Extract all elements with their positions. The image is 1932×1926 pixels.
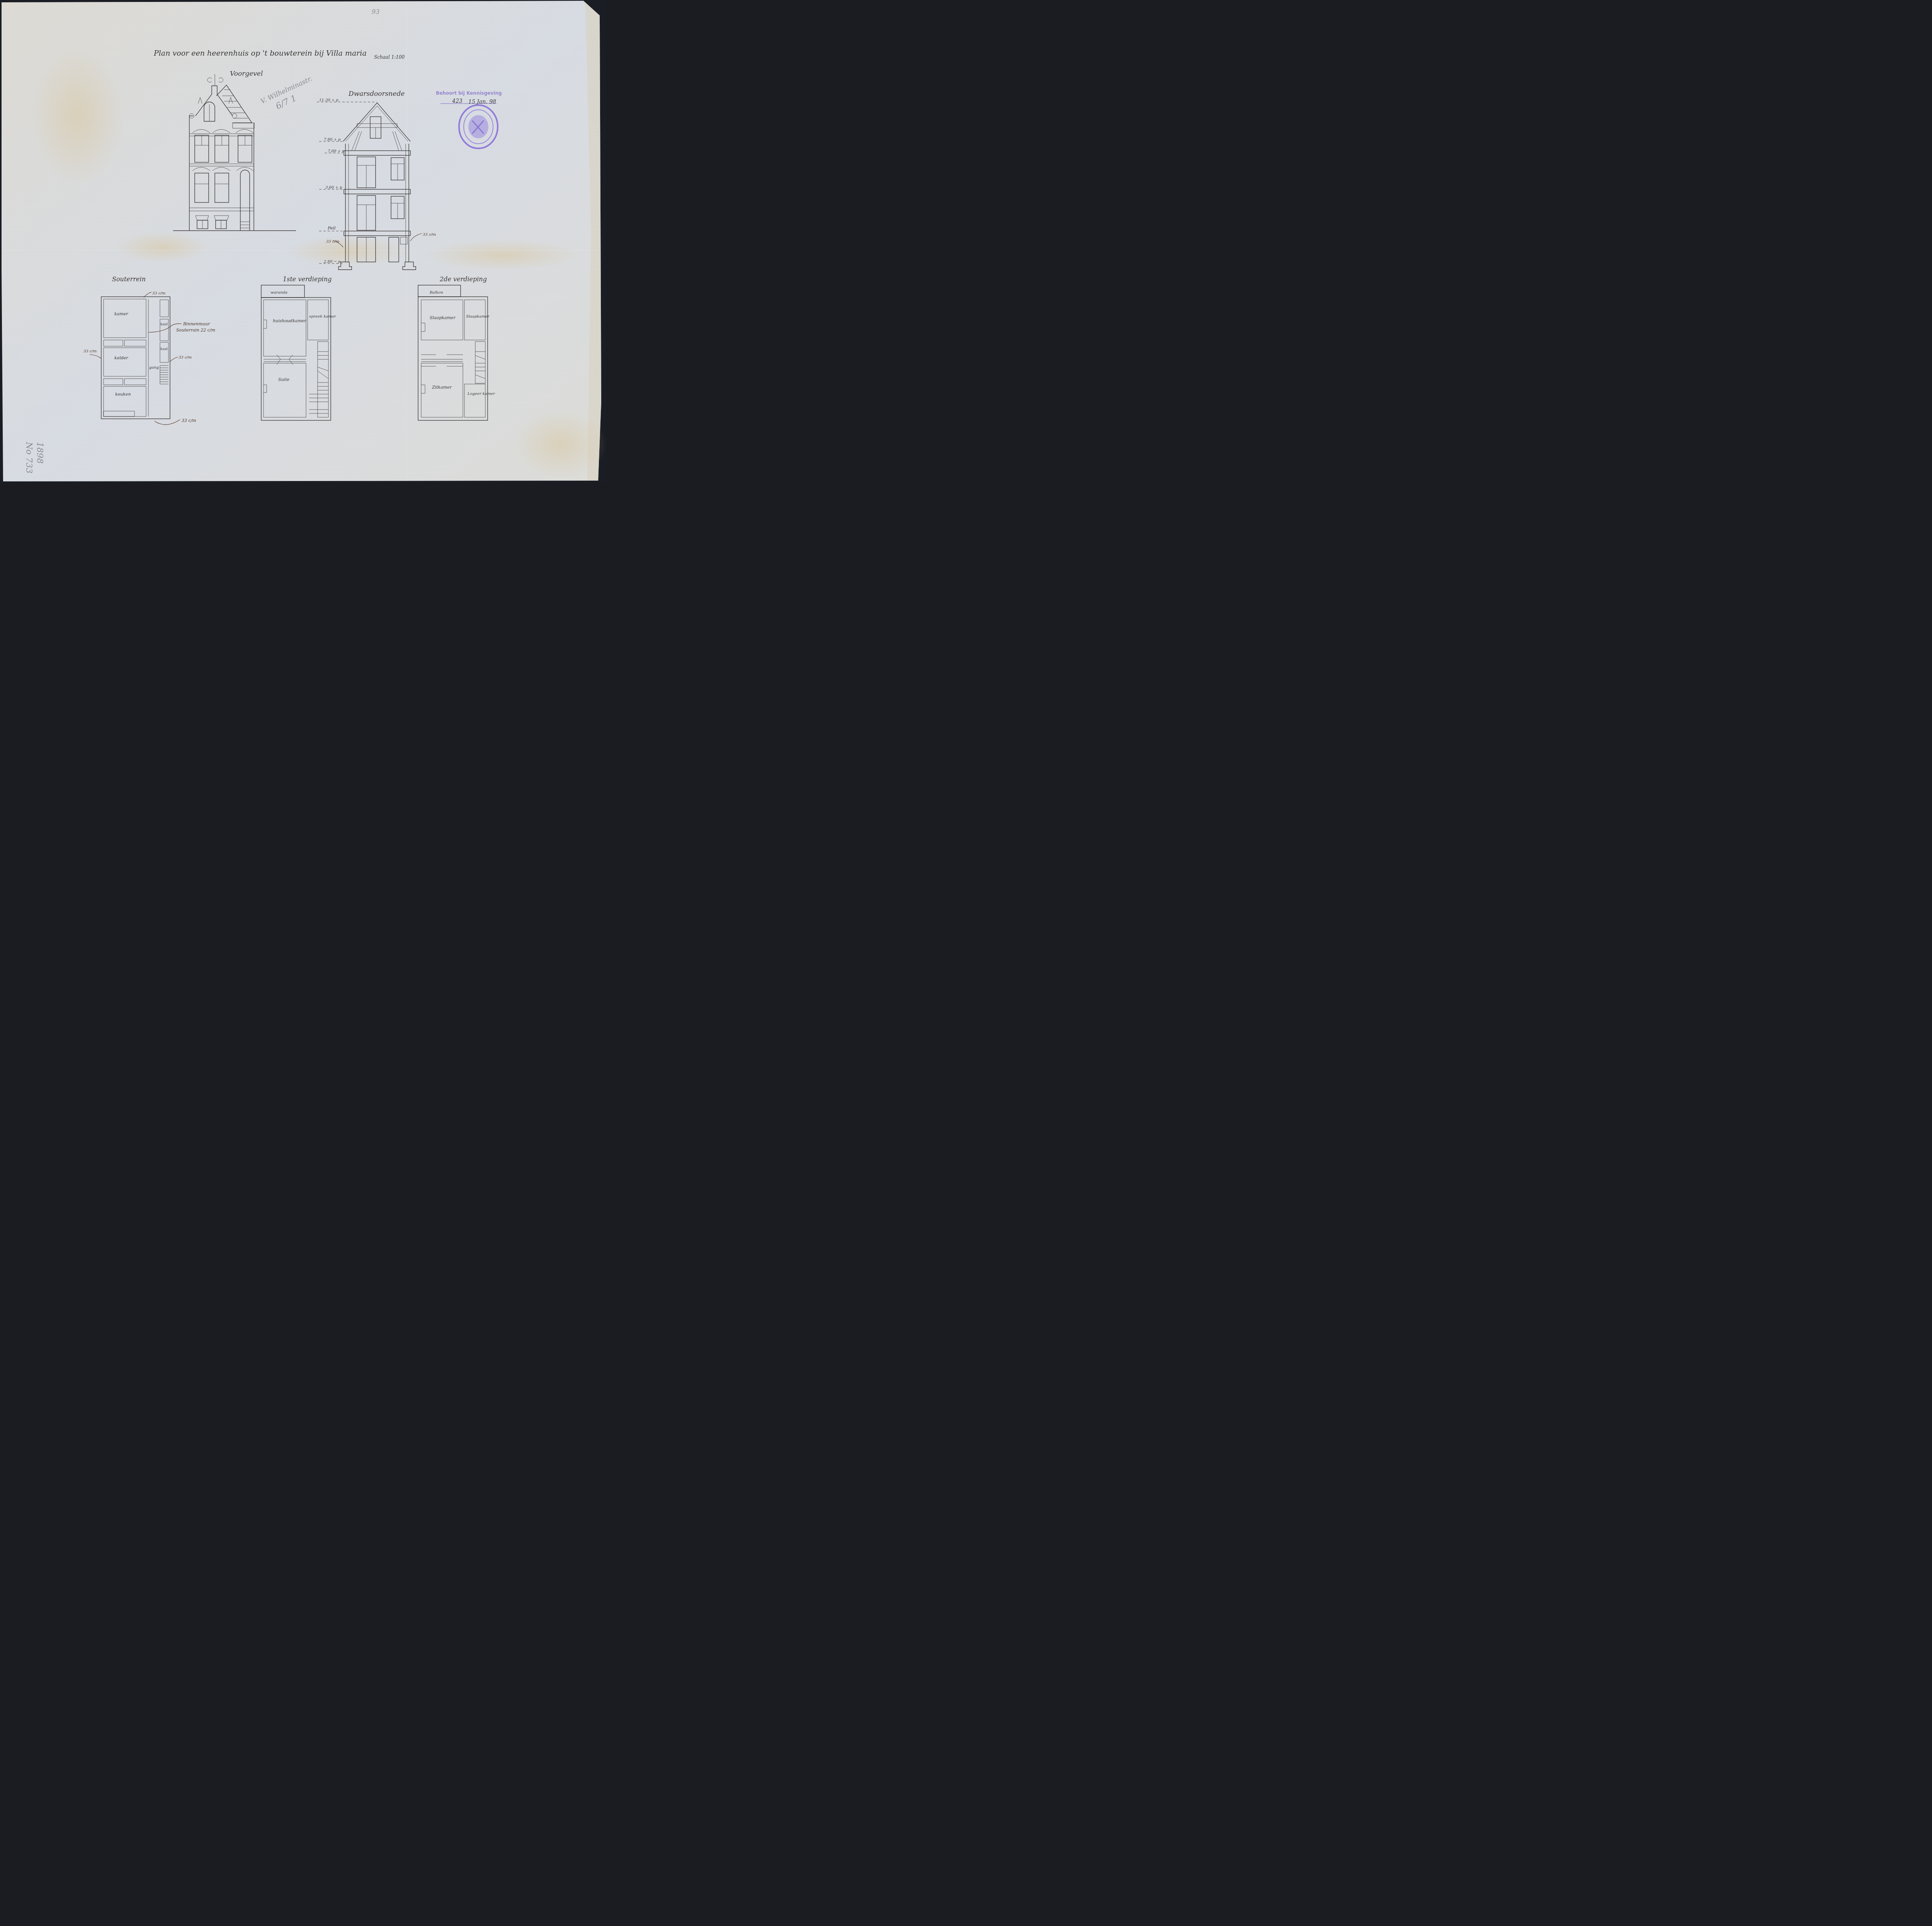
paper-sheet: [2, 1, 606, 481]
room-label: Slaapkamer: [466, 314, 490, 319]
svg-text:1898: 1898: [35, 442, 44, 464]
room-label: Logeer kamer: [467, 392, 495, 396]
inner-wall-note: Souterrain 22 c/m: [176, 328, 215, 333]
room-label: kelder: [114, 355, 128, 360]
room-label: Suite: [278, 377, 290, 382]
drawing-title: Plan voor een heerenhuis op 't bouwterei…: [153, 49, 367, 58]
wall-thickness-right: 33 c/m: [423, 233, 436, 237]
room-label: Zitkamer: [432, 385, 452, 390]
room-label: spreek kamer: [309, 314, 337, 319]
architectural-drawing-sheet: 93 Plan voor een heerenhuis op 't bouwte…: [0, 0, 606, 483]
wall-thickness-left: 33 c/m: [326, 240, 339, 244]
svg-text:33 c/m: 33 c/m: [152, 291, 165, 296]
plan-label: 1ste verdieping: [283, 275, 332, 283]
svg-text:33 c/m: 33 c/m: [179, 355, 192, 360]
room-label: kast: [160, 347, 168, 351]
plan-label: 2de verdieping: [439, 275, 487, 283]
room-label: gang: [149, 365, 159, 370]
room-label: kast: [160, 323, 168, 326]
stamp-date: 15 Jan. 98: [468, 99, 496, 105]
room-label: Balkon: [429, 291, 443, 295]
svg-text:No 733: No 733: [24, 442, 34, 473]
svg-text:2.80 − p: 2.80 − p: [323, 260, 341, 264]
svg-text:7.80 + p: 7.80 + p: [324, 138, 341, 142]
front-elevation-label: Voorgevel: [230, 70, 263, 78]
cross-section-label: Dwarsdoorsnede: [348, 90, 405, 98]
room-label: Slaapkamer: [430, 315, 456, 320]
stamp-header: Behoort bij Kennisgeving: [436, 90, 502, 96]
room-label: keuken: [115, 392, 131, 397]
inner-wall-note: Binnenmuur: [183, 321, 210, 326]
drawing-scale: Schaal 1:100: [374, 54, 405, 60]
svg-text:33 c/m: 33 c/m: [182, 418, 196, 423]
svg-text:33 c/m: 33 c/m: [83, 349, 97, 354]
room-label: huishoudkamer: [273, 318, 306, 323]
svg-text:7.00 + p: 7.00 + p: [328, 149, 345, 153]
svg-text:3.60 + p: 3.60 + p: [325, 185, 342, 190]
plan-label: Souterrein: [112, 275, 146, 283]
room-label: waranda: [270, 291, 287, 295]
stamp-number: 423: [452, 98, 463, 104]
svg-text:Peil: Peil: [327, 226, 336, 231]
room-label: kamer: [114, 311, 128, 316]
sheet-number: 93: [372, 8, 379, 15]
svg-text:11.30 + p: 11.30 + p: [319, 98, 338, 102]
